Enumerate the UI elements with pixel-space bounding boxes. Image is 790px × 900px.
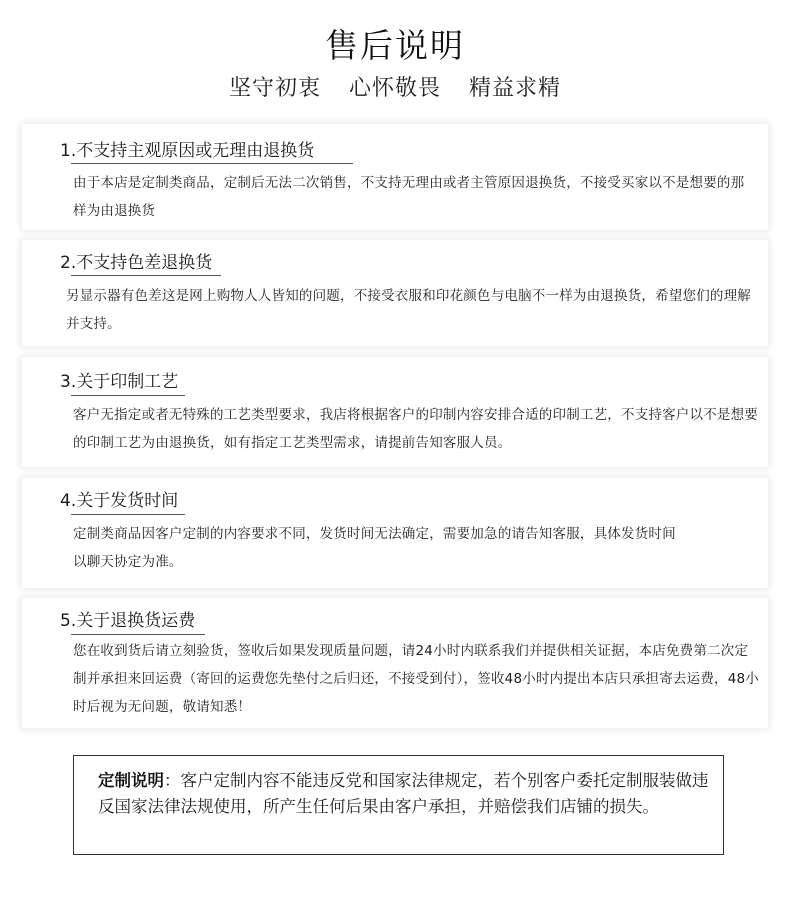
heading-underline: [71, 395, 185, 396]
policy-number: 3.: [60, 372, 76, 392]
policy-body-line: 定制类商品因客户定制的内容要求不同，发货时间无法确定，需要加急的请告知客服，具体…: [73, 520, 759, 548]
policy-body-4: 定制类商品因客户定制的内容要求不同，发货时间无法确定，需要加急的请告知客服，具体…: [73, 520, 759, 576]
notice-text: 定制说明：客户定制内容不能违反党和国家法律规定，若个别客户委托定制服装做违反国家…: [98, 768, 710, 820]
policy-heading-1: 1.不支持主观原因或无理由退换货: [60, 140, 314, 162]
policy-body-3: 客户无指定或者无特殊的工艺类型要求，我店将根据客户的印制内容安排合适的印制工艺，…: [73, 401, 759, 457]
notice-body: 客户定制内容不能违反党和国家法律规定，若个别客户委托定制服装做违反国家法律法规使…: [98, 771, 709, 816]
policy-body-5: 您在收到货后请立刻验货，签收后如果发现质量问题，请24小时内联系我们并提供相关证…: [73, 637, 759, 721]
policy-heading-text: 不支持主观原因或无理由退换货: [76, 141, 314, 161]
policy-card-5: 5.关于退换货运费 您在收到货后请立刻验货，签收后如果发现质量问题，请24小时内…: [22, 598, 768, 728]
policy-heading-text: 关于印制工艺: [76, 372, 178, 392]
heading-underline: [71, 163, 353, 164]
page-title: 售后说明: [0, 22, 790, 70]
heading-underline: [71, 514, 185, 515]
policy-heading-text: 不支持色差退换货: [76, 253, 212, 273]
policy-number: 2.: [60, 253, 76, 273]
policy-number: 1.: [60, 141, 76, 161]
notice-label: 定制说明: [98, 771, 164, 790]
page-header: 售后说明 坚守初衷 心怀敬畏 精益求精: [0, 22, 790, 106]
policy-body-line: 以聊天协定为准。: [73, 548, 759, 576]
policy-heading-3: 3.关于印制工艺: [60, 371, 178, 393]
policy-heading-text: 关于发货时间: [76, 491, 178, 511]
notice-separator: ：: [164, 771, 181, 790]
policy-number: 5.: [60, 611, 76, 631]
heading-underline: [71, 275, 221, 276]
policy-heading-4: 4.关于发货时间: [60, 490, 178, 512]
policy-heading-text: 关于退换货运费: [76, 611, 195, 631]
policy-body-2: 另显示器有色差这是网上购物人人皆知的问题，不接受衣服和印花颜色与电脑不一样为由退…: [66, 282, 760, 338]
policy-card-1: 1.不支持主观原因或无理由退换货 由于本店是定制类商品，定制后无法二次销售，不支…: [22, 124, 768, 230]
policy-card-3: 3.关于印制工艺 客户无指定或者无特殊的工艺类型要求，我店将根据客户的印制内容安…: [22, 357, 768, 467]
policy-card-4: 4.关于发货时间 定制类商品因客户定制的内容要求不同，发货时间无法确定，需要加急…: [22, 478, 768, 588]
policy-heading-5: 5.关于退换货运费: [60, 610, 195, 632]
policy-card-2: 2.不支持色差退换货 另显示器有色差这是网上购物人人皆知的问题，不接受衣服和印花…: [22, 240, 768, 346]
policy-number: 4.: [60, 491, 76, 511]
policy-body-1: 由于本店是定制类商品，定制后无法二次销售，不支持无理由或者主管原因退换货，不接受…: [73, 169, 753, 225]
policy-heading-2: 2.不支持色差退换货: [60, 252, 212, 274]
customization-notice: 定制说明：客户定制内容不能违反党和国家法律规定，若个别客户委托定制服装做违反国家…: [73, 755, 724, 855]
page-subtitle: 坚守初衷 心怀敬畏 精益求精: [0, 72, 790, 106]
heading-underline: [71, 634, 205, 635]
